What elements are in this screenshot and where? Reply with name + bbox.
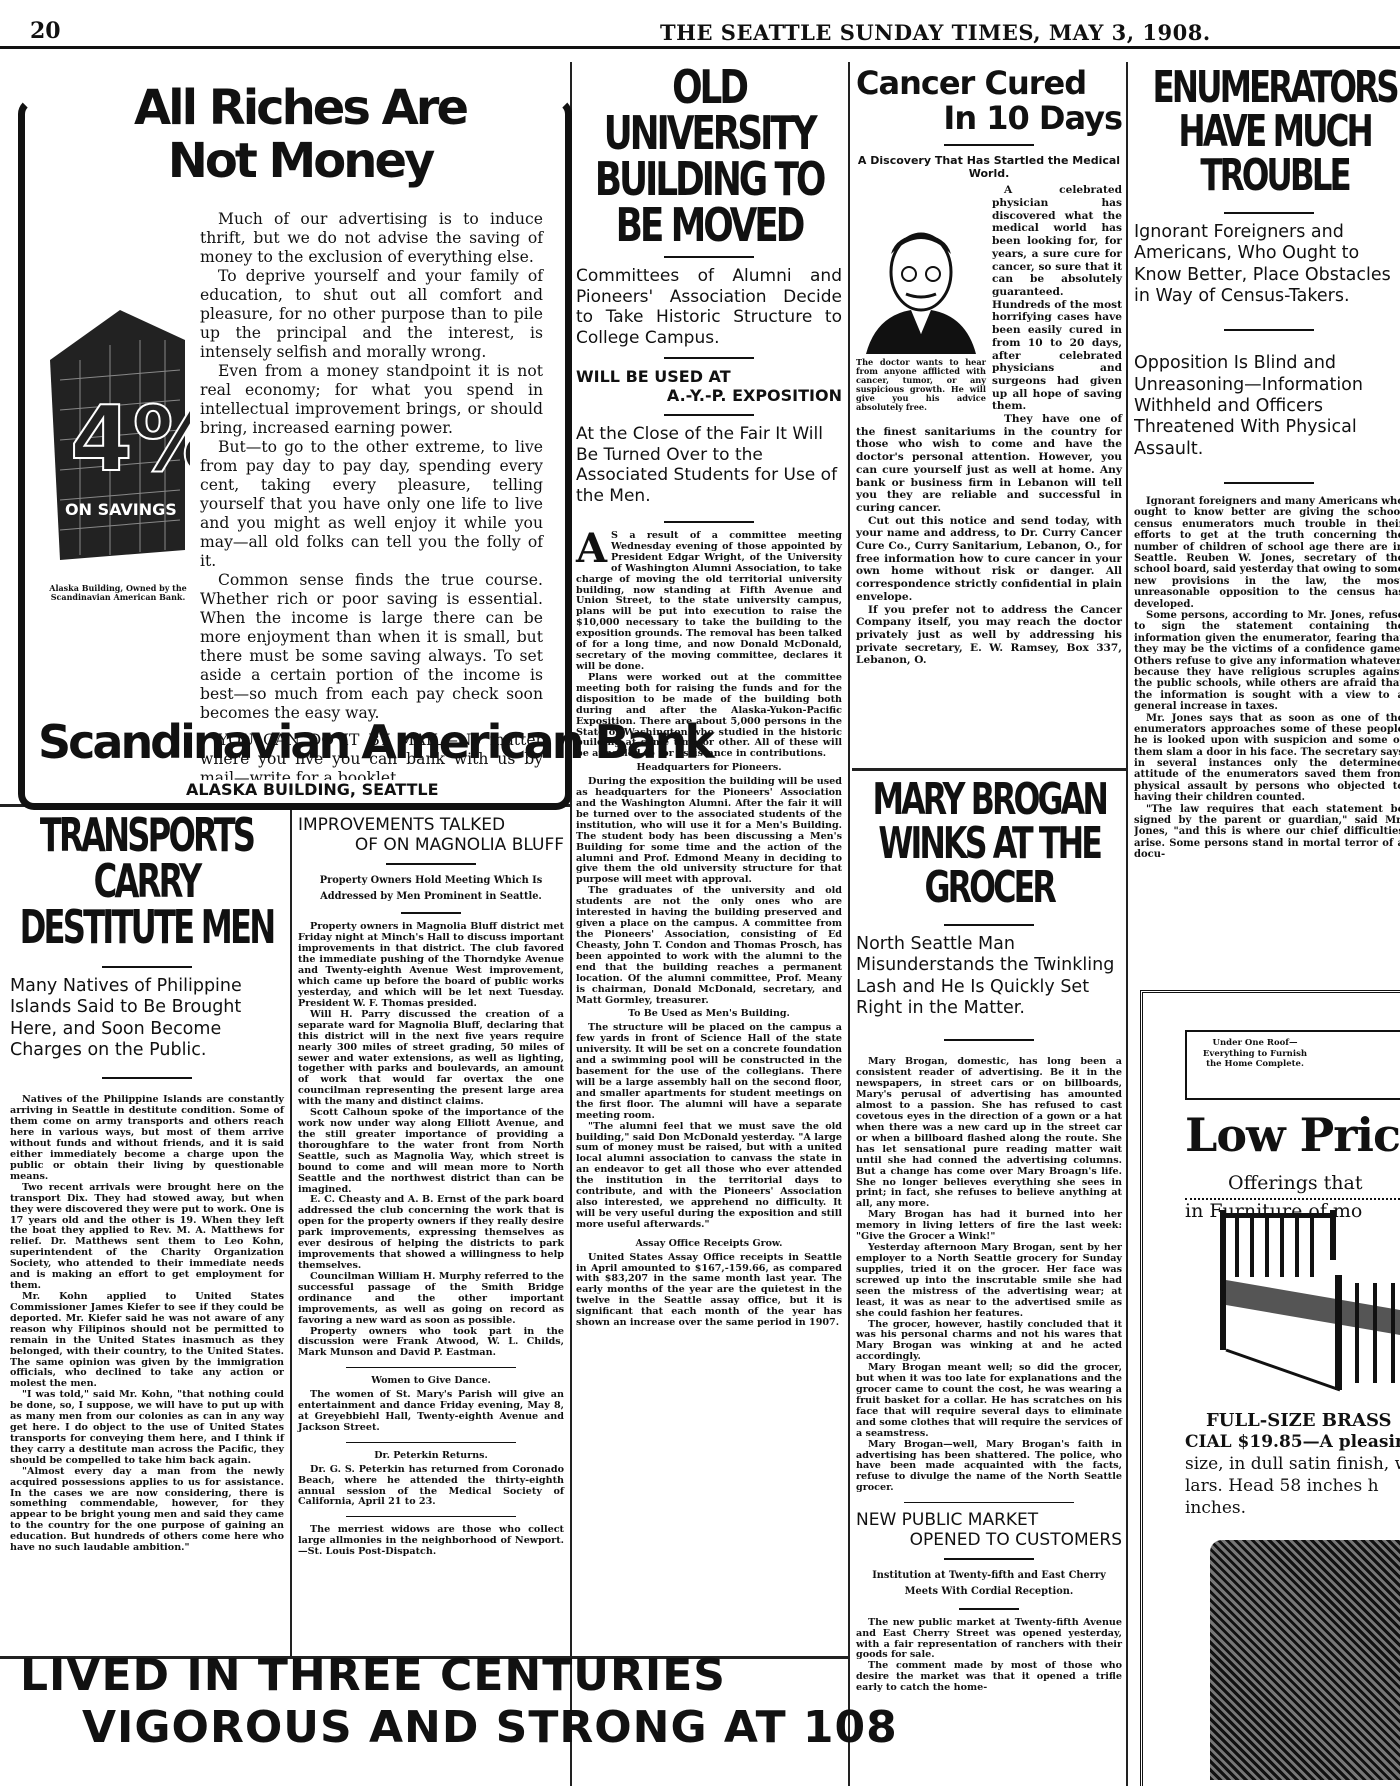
paragraph: "Almost every day a man from the newly a… <box>10 1467 284 1554</box>
rule <box>959 1608 1019 1610</box>
rule <box>346 1367 516 1368</box>
ad-body: The doctor wants to hear from anyone aff… <box>856 184 1122 667</box>
ad-paragraph: Much of our advertising is to induce thr… <box>200 210 543 267</box>
ad-headline: Low Prices <box>1185 1108 1400 1162</box>
article-mary-brogan: MARY BROGAN WINKS AT THE GROCER North Se… <box>856 778 1122 1694</box>
rule <box>1224 329 1314 331</box>
paragraph: Mary Brogan—well, Mary Brogan's faith in… <box>856 1440 1122 1495</box>
bank-address: ALASKA BUILDING, SEATTLE <box>180 780 445 799</box>
market-headline-line: OPENED TO CUSTOMERS <box>856 1531 1122 1551</box>
product-text: size, in dull satin finish, w <box>1185 1454 1400 1474</box>
paragraph: E. C. Cheasty and A. B. Ernst of the par… <box>298 1195 564 1271</box>
paragraph: Ignorant foreigners and many Americans w… <box>1134 496 1400 610</box>
paragraph: The merriest widows are those who collec… <box>298 1525 564 1558</box>
rule <box>904 1502 1074 1503</box>
paragraph: United States Assay Office receipts in S… <box>576 1253 842 1329</box>
brass-bed-illustration <box>1215 1205 1400 1395</box>
market-headline-line: NEW PUBLIC MARKET <box>856 1511 1122 1531</box>
ad-paragraph: To deprive yourself and your family of e… <box>200 267 543 362</box>
article-magnolia-bluff: IMPROVEMENTS TALKED OF ON MAGNOLIA BLUFF… <box>298 816 564 1558</box>
page-number: 20 <box>30 18 61 44</box>
paragraph: The women of St. Mary's Parish will give… <box>298 1390 564 1434</box>
ad-paragraph: But—to go to the other extreme, to live … <box>200 438 543 571</box>
cancer-advertisement: Cancer Cured In 10 Days A Discovery That… <box>856 66 1122 667</box>
subhead: Assay Office Receipts Grow. <box>576 1239 842 1250</box>
rule <box>102 966 192 968</box>
article-enumerators: ENUMERATORS HAVE MUCH TROUBLE Ignorant F… <box>1134 66 1400 966</box>
market-deck: Institution at Twenty-fifth and East Che… <box>856 1568 1122 1599</box>
rule <box>664 256 754 258</box>
article-body: Property owners in Magnolia Bluff distri… <box>298 922 564 1558</box>
rule <box>1224 212 1314 214</box>
rule <box>386 863 476 865</box>
headline: OLD UNIVERSITY BUILDING TO BE MOVED <box>576 64 841 248</box>
svg-text:4%: 4% <box>70 387 190 492</box>
headline-line: VIGOROUS AND STRONG AT 108 <box>20 1702 898 1754</box>
headline-line: Cancer Cured <box>856 66 1122 101</box>
doctor-portrait: The doctor wants to hear from anyone aff… <box>856 224 986 412</box>
subhead: Headquarters for Pioneers. <box>576 763 842 774</box>
rule <box>944 924 1034 926</box>
ad-body: Much of our advertising is to induce thr… <box>200 210 543 788</box>
tagline: Under One Roof—Everything to Furnish the… <box>1195 1038 1315 1070</box>
headline-line: In 10 Days <box>856 101 1122 136</box>
paragraph: The structure will be placed on the camp… <box>576 1023 842 1121</box>
headline-line: OF ON MAGNOLIA BLUFF <box>298 836 564 856</box>
paragraph: Property owners who took part in the dis… <box>298 1327 564 1360</box>
rule <box>346 1516 516 1517</box>
paragraph: "The alumni feel that we must save the o… <box>576 1122 842 1231</box>
paragraph: The grocer, however, hastily concluded t… <box>856 1320 1122 1364</box>
ad-headline: All Riches Are Not Money <box>120 82 480 188</box>
article-body: Mary Brogan, domestic, has long been a c… <box>856 1057 1122 1494</box>
rule <box>944 1039 1034 1041</box>
sofa-illustration <box>1210 1540 1400 1780</box>
subhead: Women to Give Dance. <box>298 1376 564 1387</box>
headline: ENUMERATORS HAVE MUCH TROUBLE <box>1134 66 1400 198</box>
column-rule <box>290 808 292 1658</box>
headline-line: LIVED IN THREE CENTURIES <box>20 1650 898 1702</box>
bottom-headline: LIVED IN THREE CENTURIES VIGOROUS AND ST… <box>20 1650 898 1754</box>
deck: Committees of Alumni and Pioneers' Assoc… <box>576 266 842 349</box>
deck: Property Owners Hold Meeting Which Is Ad… <box>298 873 564 904</box>
ad-paragraph: Common sense finds the true course. Whet… <box>200 571 543 723</box>
product-text: inches. <box>1185 1498 1246 1518</box>
section-rule <box>852 768 1126 771</box>
paragraph: Mary Brogan, domestic, has long been a c… <box>856 1057 1122 1210</box>
rule <box>401 912 461 914</box>
paragraph: Dr. G. S. Peterkin has returned from Cor… <box>298 1465 564 1509</box>
column-rule <box>848 62 850 1786</box>
paragraph: Mr. Kohn applied to United States Commis… <box>10 1292 284 1390</box>
deck: Opposition Is Blind and Unreasoning—Info… <box>1134 353 1400 460</box>
product-title: FULL-SIZE BRASS <box>1206 1410 1392 1431</box>
deck: Ignorant Foreigners and Americans, Who O… <box>1134 222 1400 307</box>
wavy-rule <box>1185 1198 1400 1200</box>
newspaper-title: THE SEATTLE SUNDAY TIMES, MAY 3, 1908. <box>660 20 1211 45</box>
masthead: 20 THE SEATTLE SUNDAY TIMES, MAY 3, 1908… <box>0 0 1400 49</box>
rule <box>944 144 1034 146</box>
paragraph: If you prefer not to address the Cancer … <box>856 604 1122 668</box>
column-rule <box>1126 62 1128 1786</box>
article-body: Ignorant foreigners and many Americans w… <box>1134 496 1400 861</box>
ad-tagline-box: Under One Roof—Everything to Furnish the… <box>1185 1030 1400 1100</box>
svg-text:ON SAVINGS: ON SAVINGS <box>65 500 177 519</box>
bank-name: Scandinavian American Bank <box>38 715 548 769</box>
paragraph: Councilman William H. Murphy referred to… <box>298 1272 564 1327</box>
paragraph: Two recent arrivals were brought here on… <box>10 1183 284 1292</box>
paragraph: Yesterday afternoon Mary Brogan, sent by… <box>856 1243 1122 1319</box>
paragraph: "The law requires that each statement be… <box>1134 804 1400 861</box>
headline: TRANSPORTS CARRY DESTITUTE MEN <box>10 812 283 950</box>
paragraph: Will H. Parry discussed the creation of … <box>298 1010 564 1108</box>
deck: A Discovery That Has Startled the Medica… <box>856 154 1122 180</box>
subhead: To Be Used as Men's Building. <box>576 1009 842 1020</box>
paragraph: They have one of the finest sanitariums … <box>856 413 1122 515</box>
rule <box>346 1442 516 1443</box>
deck: At the Close of the Fair It Will Be Turn… <box>576 424 842 507</box>
ad-subline: Offerings that <box>1228 1172 1363 1194</box>
article-body: Natives of the Philippine Islands are co… <box>10 1095 284 1554</box>
deck: Many Natives of Philippine Islands Said … <box>10 976 284 1061</box>
deck-line: WILL BE USED AT <box>576 367 842 387</box>
paragraph: Cut out this notice and send today, with… <box>856 515 1122 604</box>
portrait-caption: The doctor wants to hear from anyone aff… <box>856 358 986 412</box>
rule <box>1224 482 1314 484</box>
product-text: CIAL $19.85—A pleasin <box>1185 1432 1400 1452</box>
rule <box>664 414 754 416</box>
paragraph: Scott Calhoun spoke of the importance of… <box>298 1108 564 1195</box>
paragraph: During the exposition the building will … <box>576 777 842 886</box>
headline: MARY BROGAN WINKS AT THE GROCER <box>856 778 1122 910</box>
subhead: Dr. Peterkin Returns. <box>298 1451 564 1462</box>
article-university: OLD UNIVERSITY BUILDING TO BE MOVED Comm… <box>576 64 842 1329</box>
paragraph: Mr. Jones says that as soon as one of th… <box>1134 713 1400 804</box>
drop-cap: A <box>576 531 607 567</box>
paragraph: Mary Brogan meant well; so did the groce… <box>856 1363 1122 1439</box>
deck: North Seattle Man Misunderstands the Twi… <box>856 934 1122 1019</box>
paragraph: Property owners in Magnolia Bluff distri… <box>298 922 564 1009</box>
headline-line: IMPROVEMENTS TALKED <box>298 816 564 836</box>
rule <box>664 357 754 359</box>
rule <box>944 1558 1034 1560</box>
alaska-building-illustration: 4% ON SAVINGS <box>40 300 190 570</box>
paragraph: Natives of the Philippine Islands are co… <box>10 1095 284 1182</box>
article-body: AS a result of a committee meeting Wedne… <box>576 531 842 1329</box>
article-transports: TRANSPORTS CARRY DESTITUTE MEN Many Nati… <box>10 812 284 1554</box>
rule <box>664 521 754 523</box>
ad-paragraph: Even from a money standpoint it is not r… <box>200 362 543 438</box>
paragraph: Some persons, according to Mr. Jones, re… <box>1134 610 1400 713</box>
deck-line: A.-Y.-P. EXPOSITION <box>576 386 842 406</box>
product-text: lars. Head 58 inches h <box>1185 1476 1379 1496</box>
rule <box>102 1077 192 1079</box>
paragraph: "I was told," said Mr. Kohn, "that nothi… <box>10 1390 284 1466</box>
paragraph: The graduates of the university and old … <box>576 886 842 1006</box>
image-caption: Alaska Building, Owned by the Scandinavi… <box>38 584 198 602</box>
paragraph: Mary Brogan has had it burned into her m… <box>856 1210 1122 1243</box>
paragraph: Plans were worked out at the committee m… <box>576 673 842 760</box>
lead-text: S a result of a committee meeting Wednes… <box>576 530 842 672</box>
